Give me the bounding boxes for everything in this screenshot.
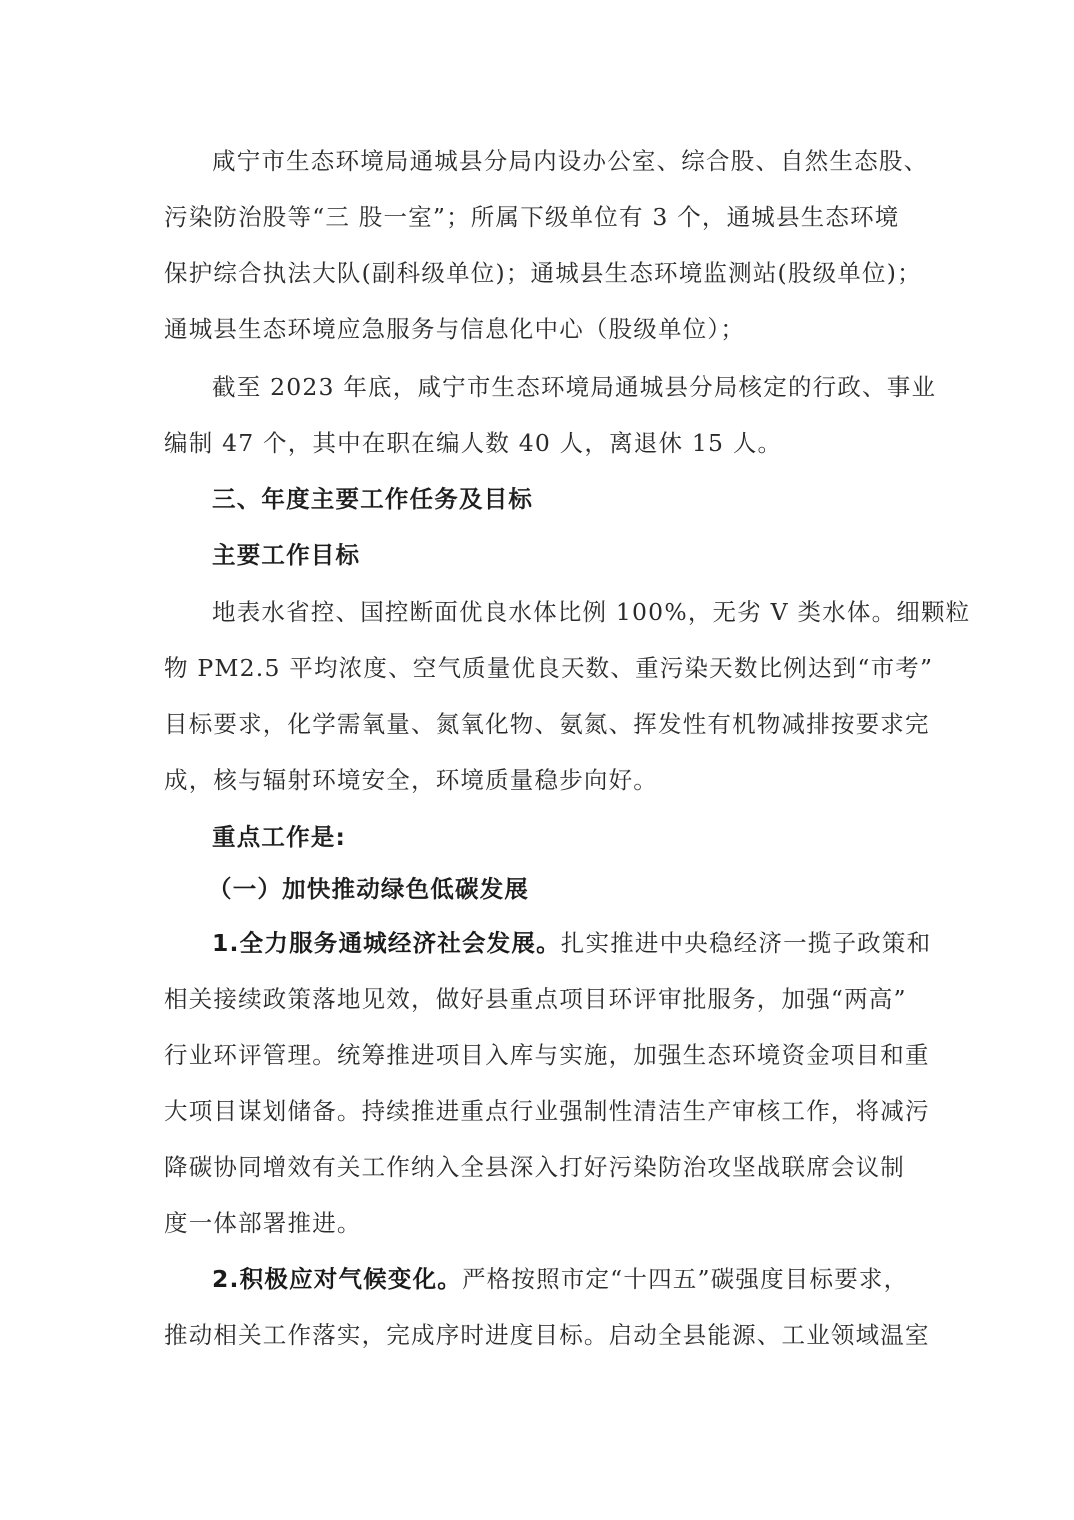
- subsection-heading: （一）加快推动绿色低碳发展: [208, 874, 958, 904]
- paragraph-line: 成，核与辐射环境安全，环境质量稳步向好。: [164, 765, 914, 795]
- item-first-line: 1.全力服务通城经济社会发展。扎实推进中央稳经济一揽子政策和: [212, 928, 962, 958]
- document-page: 咸宁市生态环境局通城县分局内设办公室、综合股、自然生态股、 污染防治股等“三 股…: [0, 0, 1074, 1520]
- paragraph-line: 通城县生态环境应急服务与信息化中心（股级单位）；: [164, 314, 914, 344]
- subsection-heading: 主要工作目标: [212, 540, 962, 570]
- section-heading: 三、年度主要工作任务及目标: [212, 484, 962, 514]
- item-lead: 2.积极应对气候变化。: [212, 1265, 462, 1293]
- paragraph-line: 降碳协同增效有关工作纳入全县深入打好污染防治攻坚战联席会议制: [164, 1152, 914, 1182]
- paragraph-line: 地表水省控、国控断面优良水体比例 100%，无劣 V 类水体。细颗粒: [212, 597, 962, 627]
- paragraph-line: 截至 2023 年底，咸宁市生态环境局通城县分局核定的行政、事业: [212, 372, 962, 402]
- item-text: 严格按照市定“十四五”碳强度目标要求，: [462, 1265, 908, 1293]
- paragraph-line: 推动相关工作落实，完成序时进度目标。启动全县能源、工业领域温室: [164, 1320, 914, 1350]
- paragraph-line: 保护综合执法大队(副科级单位)；通城县生态环境监测站(股级单位)；: [164, 258, 914, 288]
- paragraph-line: 大项目谋划储备。持续推进重点行业强制性清洁生产审核工作，将减污: [164, 1096, 914, 1126]
- key-work-heading: 重点工作是:: [212, 822, 962, 852]
- paragraph-line: 度一体部署推进。: [164, 1208, 914, 1238]
- paragraph-line: 物 PM2.5 平均浓度、空气质量优良天数、重污染天数比例达到“市考”: [164, 653, 914, 683]
- item-text: 扎实推进中央稳经济一揽子政策和: [561, 929, 932, 957]
- paragraph-line: 编制 47 个，其中在职在编人数 40 人，离退休 15 人。: [164, 428, 914, 458]
- paragraph-line: 相关接续政策落地见效，做好县重点项目环评审批服务，加强“两高”: [164, 984, 914, 1014]
- paragraph-line: 行业环评管理。统筹推进项目入库与实施，加强生态环境资金项目和重: [164, 1040, 914, 1070]
- paragraph-line: 咸宁市生态环境局通城县分局内设办公室、综合股、自然生态股、: [212, 146, 962, 176]
- paragraph-line: 目标要求，化学需氧量、氮氧化物、氨氮、挥发性有机物减排按要求完: [164, 709, 914, 739]
- paragraph-line: 污染防治股等“三 股一室”；所属下级单位有 3 个，通城县生态环境: [164, 202, 914, 232]
- item-first-line: 2.积极应对气候变化。严格按照市定“十四五”碳强度目标要求，: [212, 1264, 962, 1294]
- item-lead: 1.全力服务通城经济社会发展。: [212, 929, 561, 957]
